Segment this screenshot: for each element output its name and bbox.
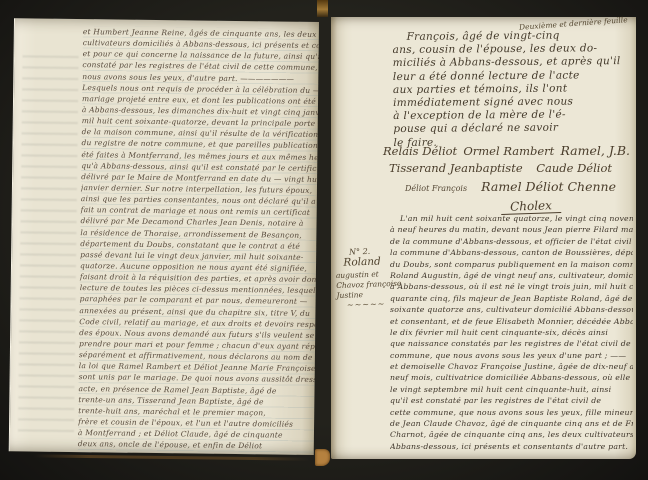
manuscript-line: miciliés à Abbans-dessous, et après qu'i… (393, 55, 632, 70)
signature: Ramel, J.B. (560, 143, 630, 158)
manuscript-line: quarante cinq, fils majeur de Jean Bapti… (390, 293, 633, 304)
manuscript-line: qu'il est constaté par les registres de … (390, 395, 633, 406)
signature: Ramel Déliot Chenne (481, 179, 616, 194)
manuscript-line: et demoiselle Chavoz Françoise Justine, … (390, 361, 633, 372)
manuscript-line: le dix février mil huit cent cinquante-s… (390, 327, 633, 338)
act-closing-paragraph: François, âgé de vingt-cinqans, cousin d… (392, 29, 632, 150)
manuscript-line: neuf mois, cultivatrice domiciliée Abban… (390, 372, 633, 383)
manuscript-line: et consentant, et de feue Elisabeth Monn… (390, 316, 633, 327)
ink-show-through-texture (18, 48, 79, 438)
signature-row: Déliot François Ramel Déliot Chenne (383, 179, 630, 197)
manuscript-line: de la commune d'Abbans-dessous, et offic… (390, 236, 633, 247)
signature-row: Relais Déliot Ormel Rambert Ramel, J.B. (383, 143, 630, 161)
signature-row: Tisserand Jeanbaptiste Caude Déliot (383, 161, 630, 179)
act-opening-paragraph: L'an mil huit cent soixante quatorze, le… (390, 213, 633, 452)
signature: Ormel Rambert (463, 144, 554, 158)
manuscript-line: à Abbans-dessous, où il est né le vingt … (390, 281, 633, 292)
margin-name: Chavoz françoise (336, 279, 396, 291)
manuscript-line: de Jean Claude Chavoz, âgé de cinquante … (390, 418, 633, 429)
manuscript-line: à neuf heures du matin, devant nous Jean… (390, 224, 633, 235)
signatures-block: Relais Déliot Ormel Rambert Ramel, J.B. … (383, 143, 630, 214)
manuscript-line: L'an mil huit cent soixante quatorze, le… (390, 213, 633, 224)
signature: Relais Déliot (383, 144, 457, 158)
binding-spine-top (317, 0, 328, 17)
manuscript-line: le vingt septembre mil huit cent cinquan… (390, 384, 633, 395)
manuscript-line: soixante quatorze ans, cultivateur domic… (390, 304, 633, 315)
manuscript-line: la commune d'Abbans-dessous, canton de B… (390, 247, 633, 258)
left-page: et Humbert Jeanne Reine, âgés de cinquan… (9, 18, 319, 455)
signature: Tisserand Jeanbaptiste (389, 161, 523, 175)
right-page: Deuxième et dernière feuille François, â… (331, 17, 636, 459)
scanned-register-photo: et Humbert Jeanne Reine, âgés de cinquan… (0, 0, 648, 480)
left-page-manuscript-text: et Humbert Jeanne Reine, âgés de cinquan… (78, 26, 319, 453)
signature: Caude Déliot (536, 161, 612, 175)
signature: Déliot François (405, 184, 467, 193)
manuscript-line: cette commune, que nous avons sous les y… (390, 407, 633, 418)
manuscript-line: que naissance constatés par les registre… (390, 338, 633, 349)
flourish-mark: ~~~~~ (337, 299, 397, 311)
manuscript-line: commune, que nous avons sous les yeux d'… (390, 350, 633, 361)
manuscript-line: du Doubs, sont comparus publiquement en … (390, 259, 633, 270)
manuscript-line: Charnot, âgée de cinquante cinq ans, les… (390, 429, 633, 440)
underlying-pages-edge (34, 454, 310, 460)
margin-annotation: N° 2. Roland augustin et Chavoz françois… (335, 246, 397, 311)
manuscript-line: Roland Augustin, âgé de vingt neuf ans, … (390, 270, 633, 281)
manuscript-line: Abbans-dessous, ici présents et consenta… (390, 441, 633, 452)
binding-corner-blob (315, 449, 330, 466)
